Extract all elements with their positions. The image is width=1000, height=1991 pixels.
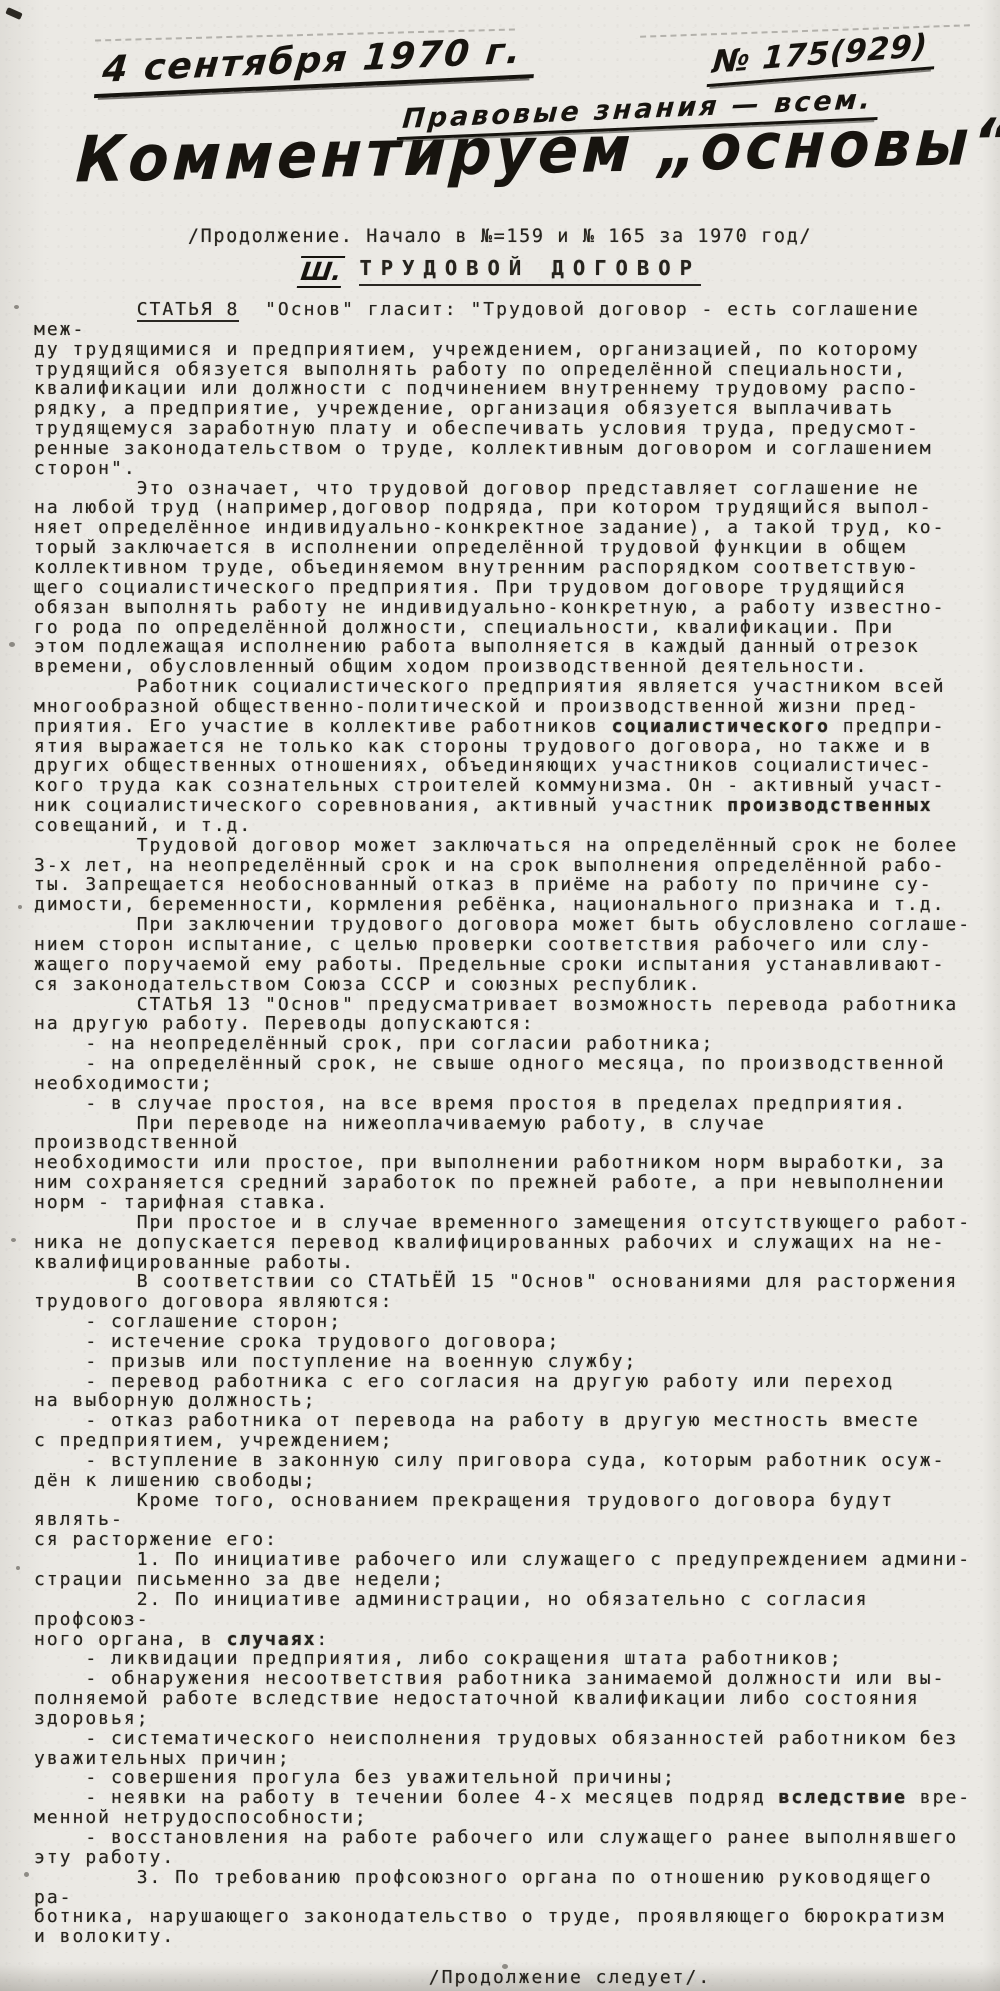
scanned-document-page: 4 сентября 1970 г. № 175(929) Правовые з… [0, 0, 1000, 1991]
paragraph: При простое и в случае временного замеще… [34, 1213, 978, 1273]
scan-speck [16, 1566, 20, 1570]
scan-speck [9, 642, 15, 647]
paragraph: При переводе на нижеоплачиваемую работу,… [34, 1114, 978, 1213]
paragraph: В соответствии со СТАТЬЁЙ 15 "Основ" осн… [34, 1272, 978, 1490]
section-title: ТРУДОВОЙ ДОГОВОР [359, 256, 700, 286]
scan-speck [18, 905, 22, 909]
document-title: Комментируем „основы“ [74, 104, 1000, 197]
scan-speck [24, 1872, 29, 1877]
paragraph: Трудовой договор может заключаться на оп… [34, 836, 978, 915]
paragraph: Работник социалистического предприятия я… [34, 677, 978, 836]
paragraph: СТАТЬЯ 13 "Основ" предусматривает возмож… [34, 995, 978, 1114]
handwritten-date: 4 сентября 1970 г. [94, 30, 538, 98]
paragraph: При заключении трудового договора может … [34, 915, 978, 994]
closing-line: /Продолжение следует/. [34, 1968, 978, 1988]
section-numeral: Ш. [297, 256, 346, 288]
scan-speck [5, 7, 22, 20]
paragraph: Это означает, что трудовой договор предс… [34, 479, 978, 677]
continuation-note: /Продолжение. Начало в №=159 и № 165 за … [0, 226, 1000, 247]
paragraph: СТАТЬЯ 8 "Основ" гласит: "Трудовой догов… [34, 300, 978, 479]
document-body: СТАТЬЯ 8 "Основ" гласит: "Трудовой догов… [34, 300, 978, 1988]
paragraph: Кроме того, основанием прекращения трудо… [34, 1491, 978, 1947]
section-heading: Ш. ТРУДОВОЙ ДОГОВОР [0, 256, 1000, 288]
handwritten-issue-number: № 175(929) [707, 27, 937, 87]
paper-right-shadow [982, 0, 1000, 1991]
scan-speck [14, 305, 19, 309]
scan-speck [11, 1238, 16, 1242]
